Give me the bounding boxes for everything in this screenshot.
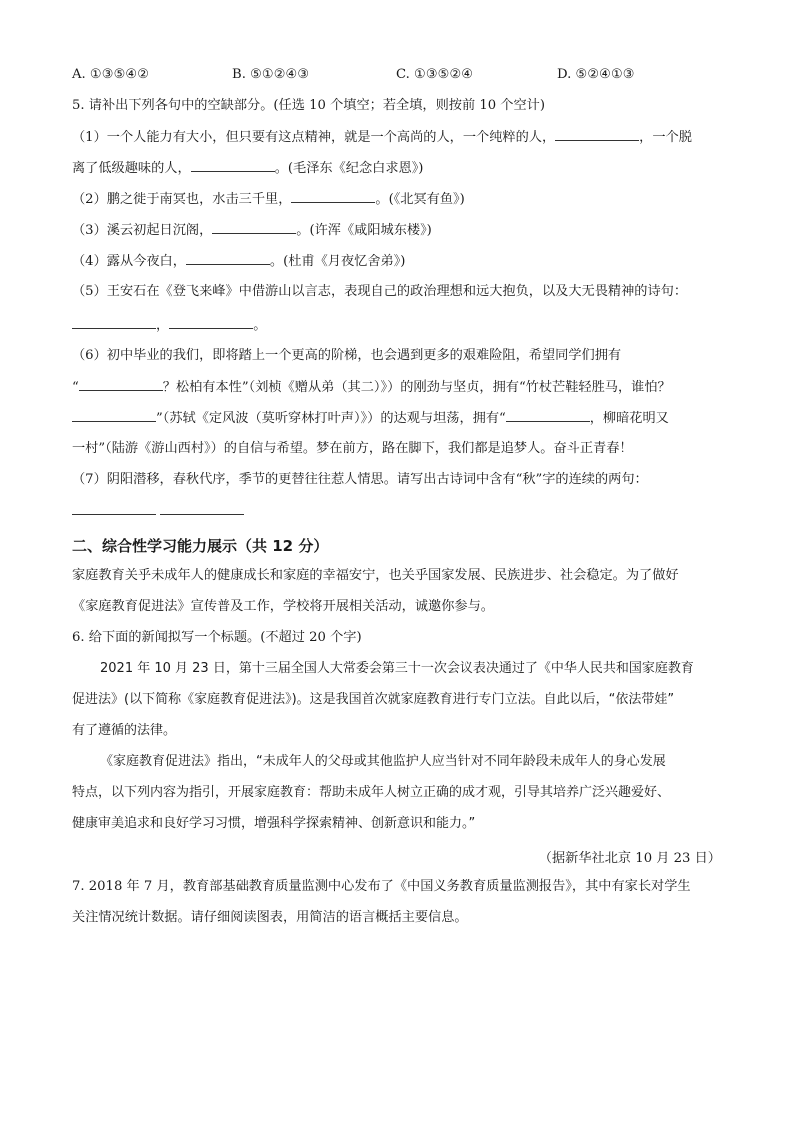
text: “	[72, 380, 79, 395]
choice-label: B.	[232, 67, 246, 82]
text: 。(毛泽东《纪念白求恩》)	[275, 161, 424, 176]
q5-item-4: （4）露从今夜白，。(杜甫《月夜忆舍弟》)	[72, 252, 405, 271]
section-heading: 二、综合性学习能力展示（共 12 分）	[72, 535, 328, 556]
q5-item-5-blanks: ，。	[72, 316, 266, 335]
q5-item-1-cont: 离了低级趣味的人，。(毛泽东《纪念白求恩》)	[72, 159, 423, 178]
news-p1-l2: 促进法》(以下简称《家庭教育促进法》)。这是我国首次就家庭教育进行专门立法。自此…	[72, 691, 674, 709]
text: 。	[253, 318, 266, 333]
fill-blank[interactable]	[186, 252, 270, 265]
text: （3）溪云初起日沉阁，	[72, 223, 212, 238]
fill-blank[interactable]	[72, 409, 156, 422]
q6-prompt: 6. 给下面的新闻拟写一个标题。(不超过 20 个字)	[72, 629, 362, 647]
q5-item-7-blanks	[72, 502, 244, 521]
text: ，	[156, 318, 169, 333]
q5-item-3: （3）溪云初起日沉阁，。(许浑《咸阳城东楼》)	[72, 221, 432, 240]
fill-blank[interactable]	[72, 502, 156, 515]
news-p2-l2: 特点，以下列内容为指引，开展家庭教育：帮助未成年人树立正确的成才观，引导其培养广…	[72, 784, 670, 802]
text: ，一个脱	[639, 130, 692, 145]
section-intro-2: 《家庭教育促进法》宣传普及工作，学校将开展相关活动，诚邀你参与。	[72, 598, 494, 616]
q7-prompt-l1: 7. 2018 年 7 月，教育部基础教育质量监测中心发布了《中国义务教育质量监…	[72, 878, 691, 896]
text: 离了低级趣味的人，	[72, 161, 191, 176]
text: ？松柏有本性”（刘桢《赠从弟（其二）》）的刚劲与坚贞，拥有“竹杖芒鞋轻胜马，谁怕…	[163, 380, 671, 395]
news-p1-l1: 2021 年 10 月 23 日，第十三届全国人大常委会第三十一次会议表决通过了…	[100, 660, 694, 678]
choice-d: D. ⑤②④①③	[557, 66, 635, 84]
q5-item-6-l3: ”（苏轼《定风波（莫听穿林打叶声）》）的达观与坦荡，拥有“，柳暗花明又	[72, 409, 669, 428]
text: 。(许浑《咸阳城东楼》)	[296, 223, 432, 238]
q5-item-1: （1）一个人能力有大小，但只要有这点精神，就是一个高尚的人，一个纯粹的人，，一个…	[72, 128, 692, 147]
fill-blank[interactable]	[555, 128, 639, 141]
q5-item-6-l4: 一村”（陆游《游山西村》）的自信与希望。梦在前方，路在脚下，我们都是追梦人。奋斗…	[72, 440, 633, 458]
text: 。(《北冥有鱼》)	[375, 192, 464, 207]
choice-label: C.	[396, 67, 410, 82]
text: （4）露从今夜白，	[72, 254, 186, 269]
q5-prompt: 5. 请补出下列各句中的空缺部分。(任选 10 个填空；若全填，则按前 10 个…	[72, 97, 545, 115]
q5-item-2: （2）鹏之徙于南冥也，水击三千里，。(《北冥有鱼》)	[72, 190, 465, 209]
choice-b: B. ⑤①②④③	[232, 66, 309, 84]
section-intro-1: 家庭教育关乎未成年人的健康成长和家庭的幸福安宁，也关乎国家发展、民族进步、社会稳…	[72, 567, 679, 585]
choice-a: A. ①③⑤④②	[72, 66, 149, 84]
choice-value: ①③⑤④②	[90, 67, 149, 82]
fill-blank[interactable]	[191, 159, 275, 172]
text: 。(杜甫《月夜忆舍弟》)	[270, 254, 406, 269]
text: （2）鹏之徙于南冥也，水击三千里，	[72, 192, 291, 207]
news-p2-l3: 健康审美追求和良好学习习惯，增强科学探索精神、创新意识和能力。”	[72, 815, 475, 833]
news-source: （据新华社北京 10 月 23 日）	[539, 847, 721, 866]
q5-item-6-l2: “？松柏有本性”（刘桢《赠从弟（其二）》）的刚劲与坚贞，拥有“竹杖芒鞋轻胜马，谁…	[72, 378, 671, 397]
choice-value: ①③⑤②④	[414, 67, 473, 82]
choice-c: C. ①③⑤②④	[396, 66, 473, 84]
choice-label: A.	[72, 67, 86, 82]
text: ，柳暗花明又	[590, 411, 669, 426]
q7-prompt-l2: 关注情况统计数据。请仔细阅读图表，用简洁的语言概括主要信息。	[72, 909, 468, 927]
text: （1）一个人能力有大小，但只要有这点精神，就是一个高尚的人，一个纯粹的人，	[72, 130, 555, 145]
fill-blank[interactable]	[169, 316, 253, 329]
fill-blank[interactable]	[160, 502, 244, 515]
q5-item-7: （7）阴阳潜移，春秋代序，季节的更替往往惹人情思。请写出古诗词中含有“秋”字的连…	[72, 471, 648, 489]
news-p1-l3: 有了遵循的法律。	[72, 722, 176, 740]
q5-item-6: （6）初中毕业的我们，即将踏上一个更高的阶梯，也会遇到更多的艰难险阻，希望同学们…	[72, 347, 621, 365]
fill-blank[interactable]	[212, 221, 296, 234]
text: ”（苏轼《定风波（莫听穿林打叶声）》）的达观与坦荡，拥有“	[156, 411, 506, 426]
news-p2-l1: 《家庭教育促进法》指出，“未成年人的父母或其他监护人应当针对不同年龄段未成年人的…	[100, 753, 666, 771]
fill-blank[interactable]	[72, 316, 156, 329]
q5-item-5: （5）王安石在《登飞来峰》中借游山以言志，表现自己的政治理想和远大抱负，以及大无…	[72, 283, 687, 301]
choice-value: ⑤①②④③	[250, 67, 309, 82]
choice-value: ⑤②④①③	[576, 67, 635, 82]
fill-blank[interactable]	[506, 409, 590, 422]
fill-blank[interactable]	[291, 190, 375, 203]
fill-blank[interactable]	[79, 378, 163, 391]
choice-label: D.	[557, 67, 571, 82]
